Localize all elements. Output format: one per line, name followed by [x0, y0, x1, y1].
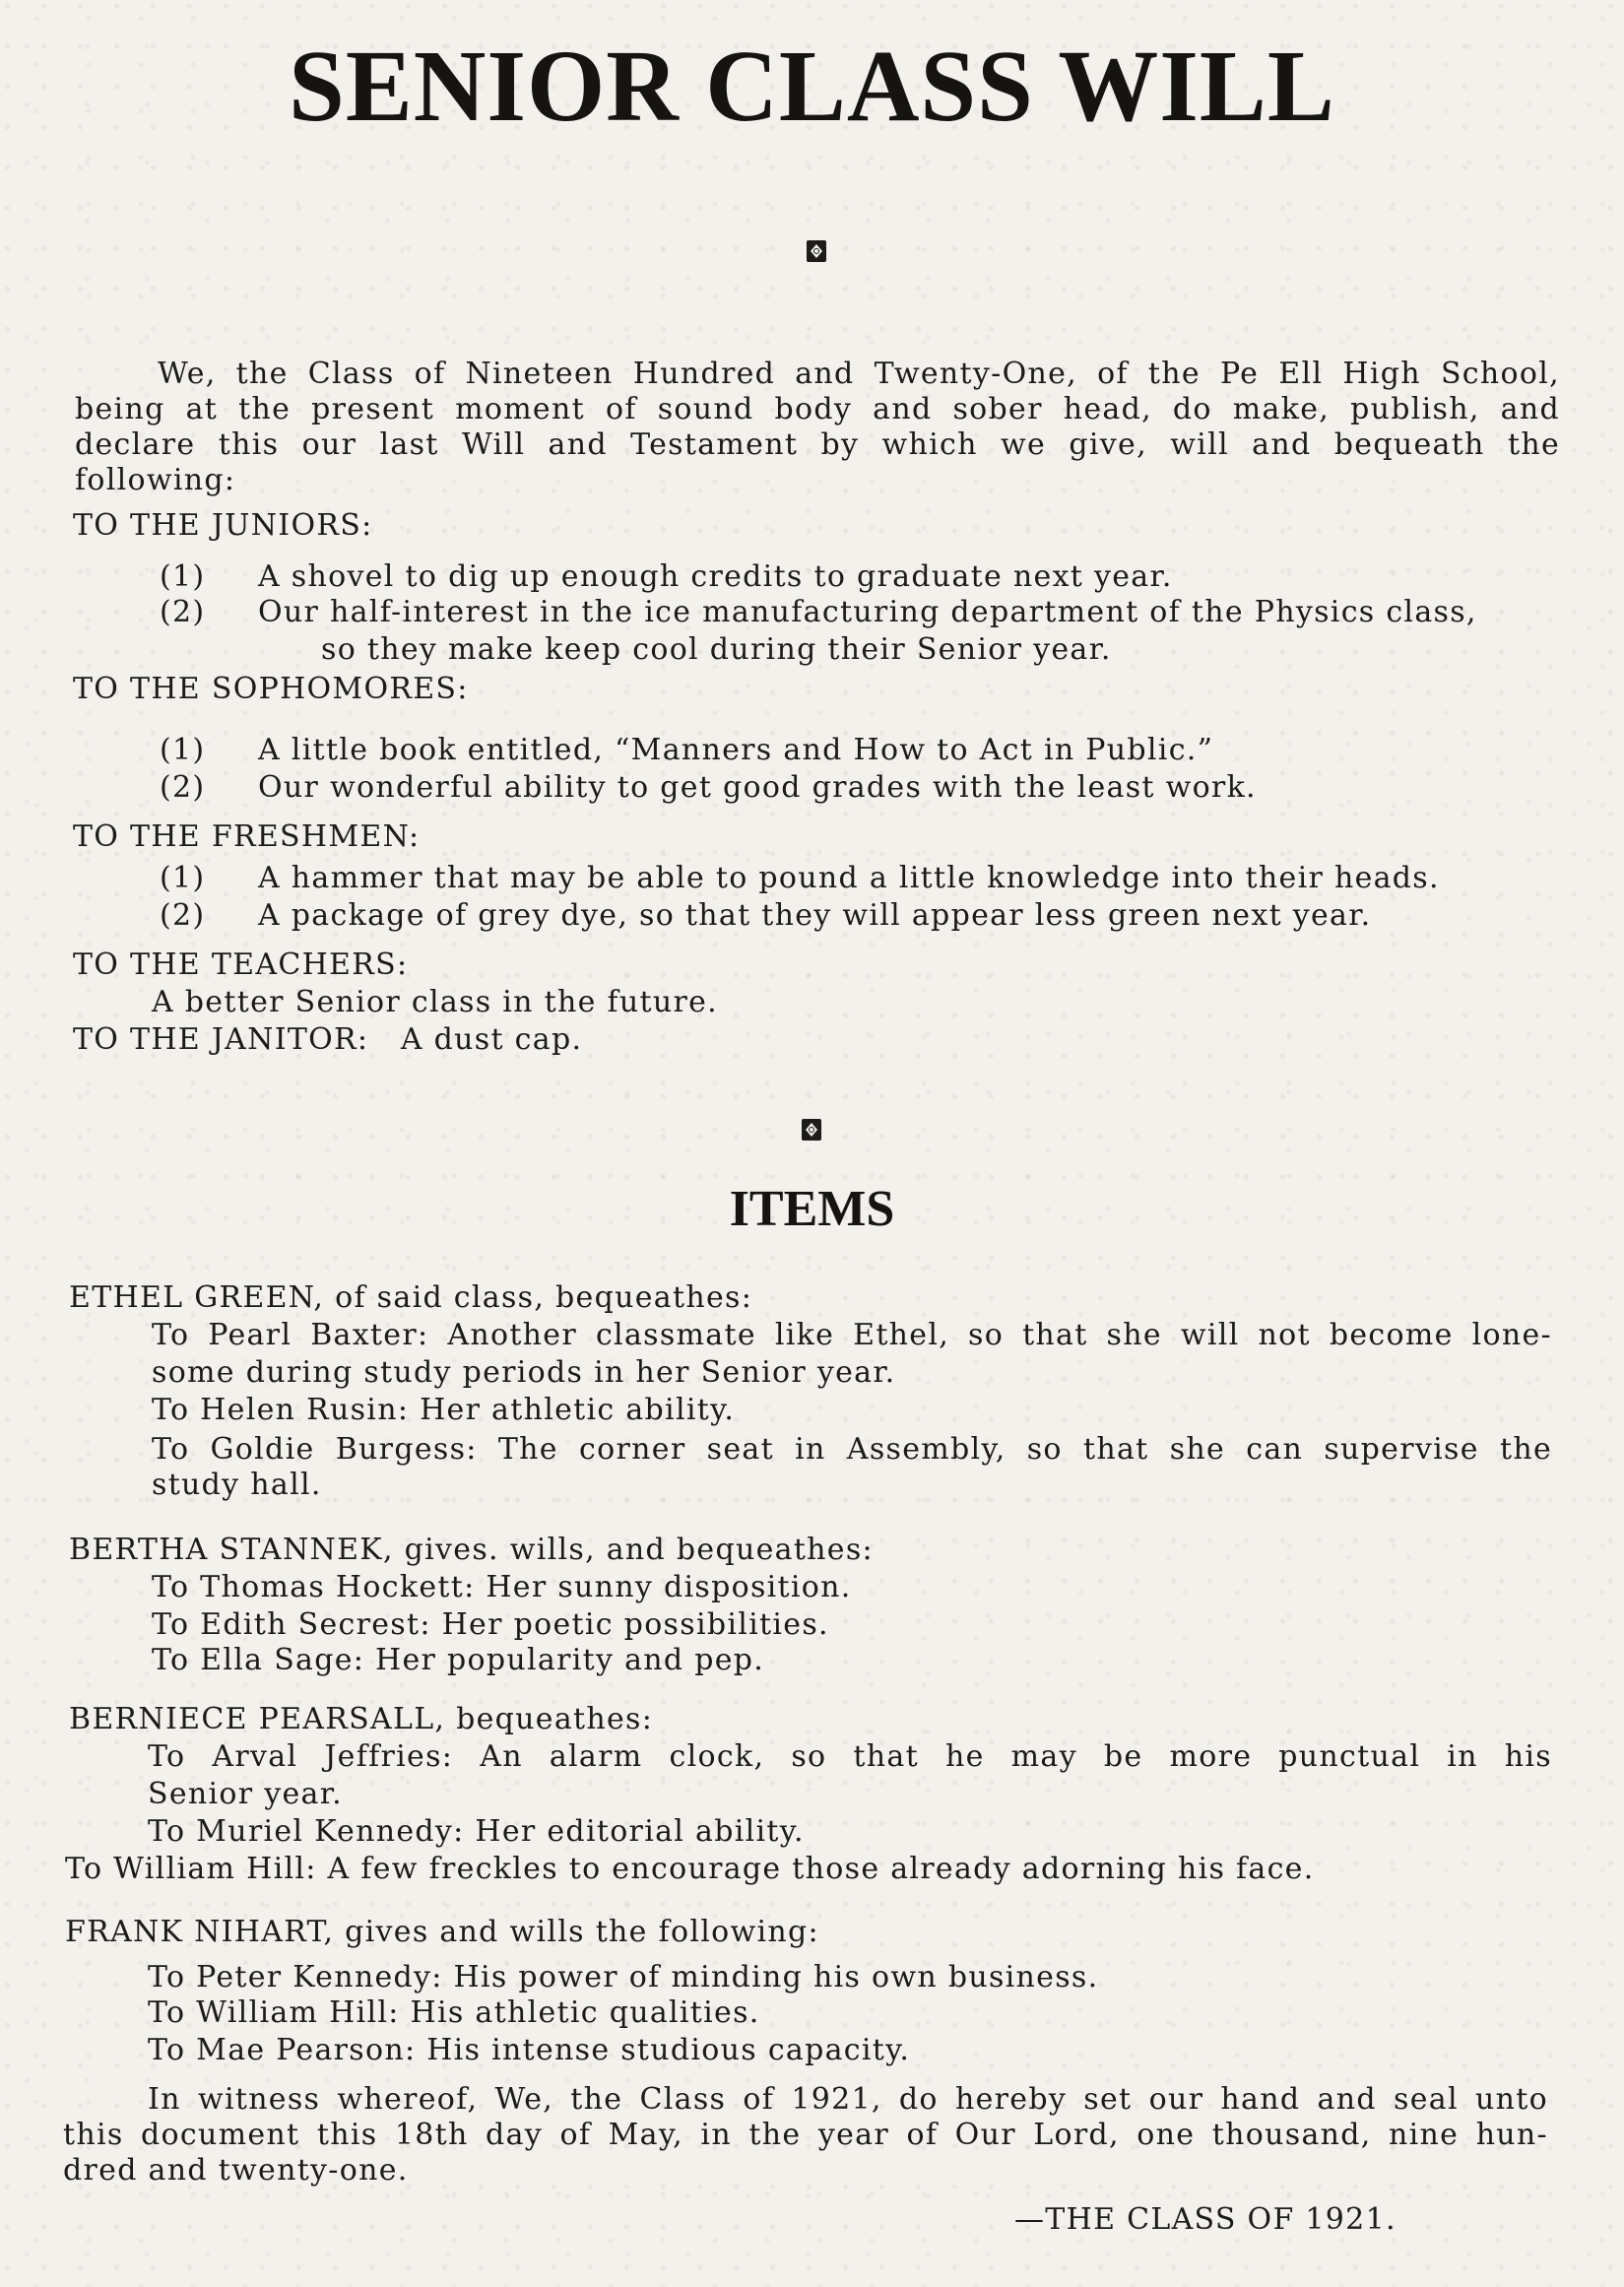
berniece-line-2: Senior year. — [148, 1777, 343, 1812]
frank-line-3: To Mae Pearson: His intense studious cap… — [148, 2033, 910, 2068]
bertha-line-3: To Ella Sage: Her popularity and pep. — [152, 1643, 764, 1678]
intro-line-2: being at the present moment of sound bod… — [75, 392, 1560, 427]
ethel-line-4: To Goldie Burgess: The corner seat in As… — [152, 1432, 1552, 1468]
sophomores-item-2: (2)Our wonderful ability to get good gra… — [160, 770, 1257, 806]
ornament-icon — [807, 240, 826, 262]
items-heading: ITEMS — [0, 1180, 1624, 1238]
yearbook-page: SENIOR CLASS WILL We, the Class of Ninet… — [0, 0, 1624, 2287]
bertha-line-1: To Thomas Hockett: Her sunny disposition… — [152, 1570, 852, 1605]
berniece-heading: BERNIECE PEARSALL, bequeathes: — [69, 1702, 653, 1737]
closing-line-2: this document this 18th day of May, in t… — [63, 2118, 1548, 2153]
intro-line-3: declare this our last Will and Testament… — [75, 427, 1560, 463]
freshmen-item-2: (2)A package of grey dye, so that they w… — [160, 898, 1371, 934]
teachers-heading: TO THE TEACHERS: — [73, 947, 408, 983]
ornament-icon — [802, 1119, 821, 1141]
sophomores-heading: TO THE SOPHOMORES: — [73, 672, 469, 707]
juniors-item-1: (1)A shovel to dig up enough credits to … — [160, 559, 1173, 595]
closing-line-3: dred and twenty-one. — [63, 2153, 409, 2189]
juniors-item-2: (2)Our half-interest in the ice manufact… — [160, 595, 1477, 630]
intro-line-4: following: — [75, 463, 235, 498]
page-title: SENIOR CLASS WILL — [16, 28, 1607, 145]
freshmen-item-1: (1)A hammer that may be able to pound a … — [160, 861, 1440, 896]
frank-line-1: To Peter Kennedy: His power of minding h… — [148, 1960, 1098, 1995]
sophomores-item-1: (1)A little book entitled, “Manners and … — [160, 733, 1213, 768]
janitor-bequest: A dust cap. — [401, 1022, 582, 1057]
berniece-line-1: To Arval Jeffries: An alarm clock, so th… — [148, 1739, 1552, 1775]
freshmen-heading: TO THE FRESHMEN: — [73, 819, 420, 855]
ethel-line-3: To Helen Rusin: Her athletic ability. — [152, 1393, 735, 1428]
ethel-line-1: To Pearl Baxter: Another classmate like … — [152, 1318, 1552, 1353]
ethel-line-5: study hall. — [152, 1468, 322, 1503]
janitor-heading: TO THE JANITOR: — [73, 1022, 368, 1057]
frank-heading: FRANK NIHART, gives and wills the follow… — [65, 1915, 819, 1950]
signature: —THE CLASS OF 1921. — [1014, 2202, 1397, 2238]
teachers-bequest: A better Senior class in the future. — [152, 985, 718, 1020]
berniece-line-4: To William Hill: A few freckles to encou… — [65, 1852, 1315, 1887]
bertha-heading: BERTHA STANNEK, gives. wills, and bequea… — [69, 1533, 874, 1568]
frank-line-2: To William Hill: His athletic qualities. — [148, 1995, 760, 2031]
berniece-line-3: To Muriel Kennedy: Her editorial ability… — [148, 1814, 805, 1850]
bertha-line-2: To Edith Secrest: Her poetic possibiliti… — [152, 1607, 829, 1643]
juniors-heading: TO THE JUNIORS: — [73, 508, 373, 544]
closing-line-1: In witness whereof, We, the Class of 192… — [148, 2082, 1548, 2118]
ethel-line-2: some during study periods in her Senior … — [152, 1355, 896, 1391]
janitor-line: TO THE JANITOR: A dust cap. — [73, 1022, 582, 1058]
intro-line-1: We, the Class of Nineteen Hundred and Tw… — [158, 357, 1560, 392]
ethel-heading: ETHEL GREEN, of said class, bequeathes: — [69, 1280, 752, 1316]
juniors-item-2-continuation: so they make keep cool during their Seni… — [321, 632, 1112, 668]
